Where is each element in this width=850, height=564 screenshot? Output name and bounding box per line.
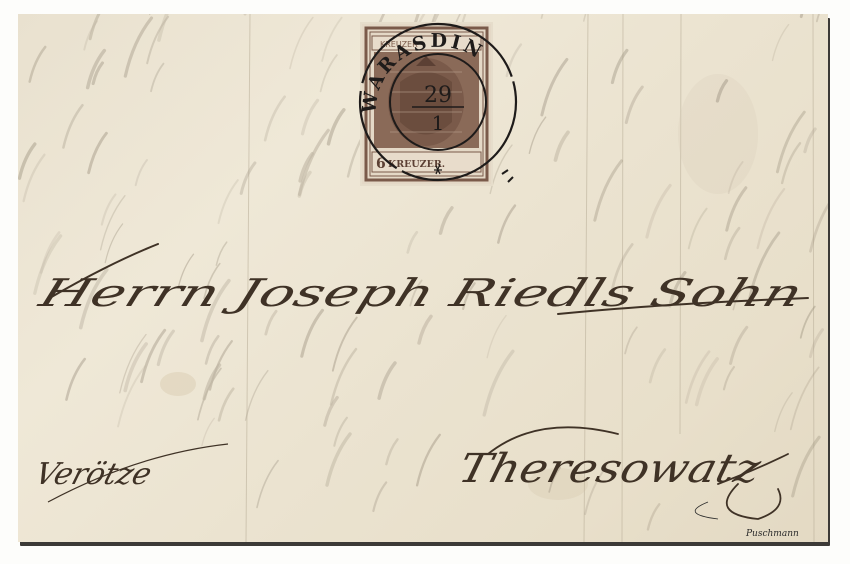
postmark-day: 29 (424, 83, 452, 108)
address-line: Herrn Joseph Riedls Sohn (32, 272, 808, 316)
svg-text:WARASDIN: WARASDIN (358, 30, 488, 116)
folded-letter-sheet: KREUZER 6 KREUZER. (18, 14, 828, 542)
handwriting-layer: WARASDIN 29 1 Herrn Joseph Riedls Sohn V… (18, 14, 828, 542)
expert-signature: Puschmann (745, 529, 799, 539)
postmark-month: 1 (432, 111, 445, 135)
origin-note: Verötze (31, 458, 156, 492)
postal-cover-photo: KREUZER 6 KREUZER. (0, 0, 850, 564)
postmark-town: WARASDIN (358, 30, 488, 116)
postmark: WARASDIN 29 1 (358, 24, 516, 182)
destination: Theresowatz (454, 445, 766, 492)
